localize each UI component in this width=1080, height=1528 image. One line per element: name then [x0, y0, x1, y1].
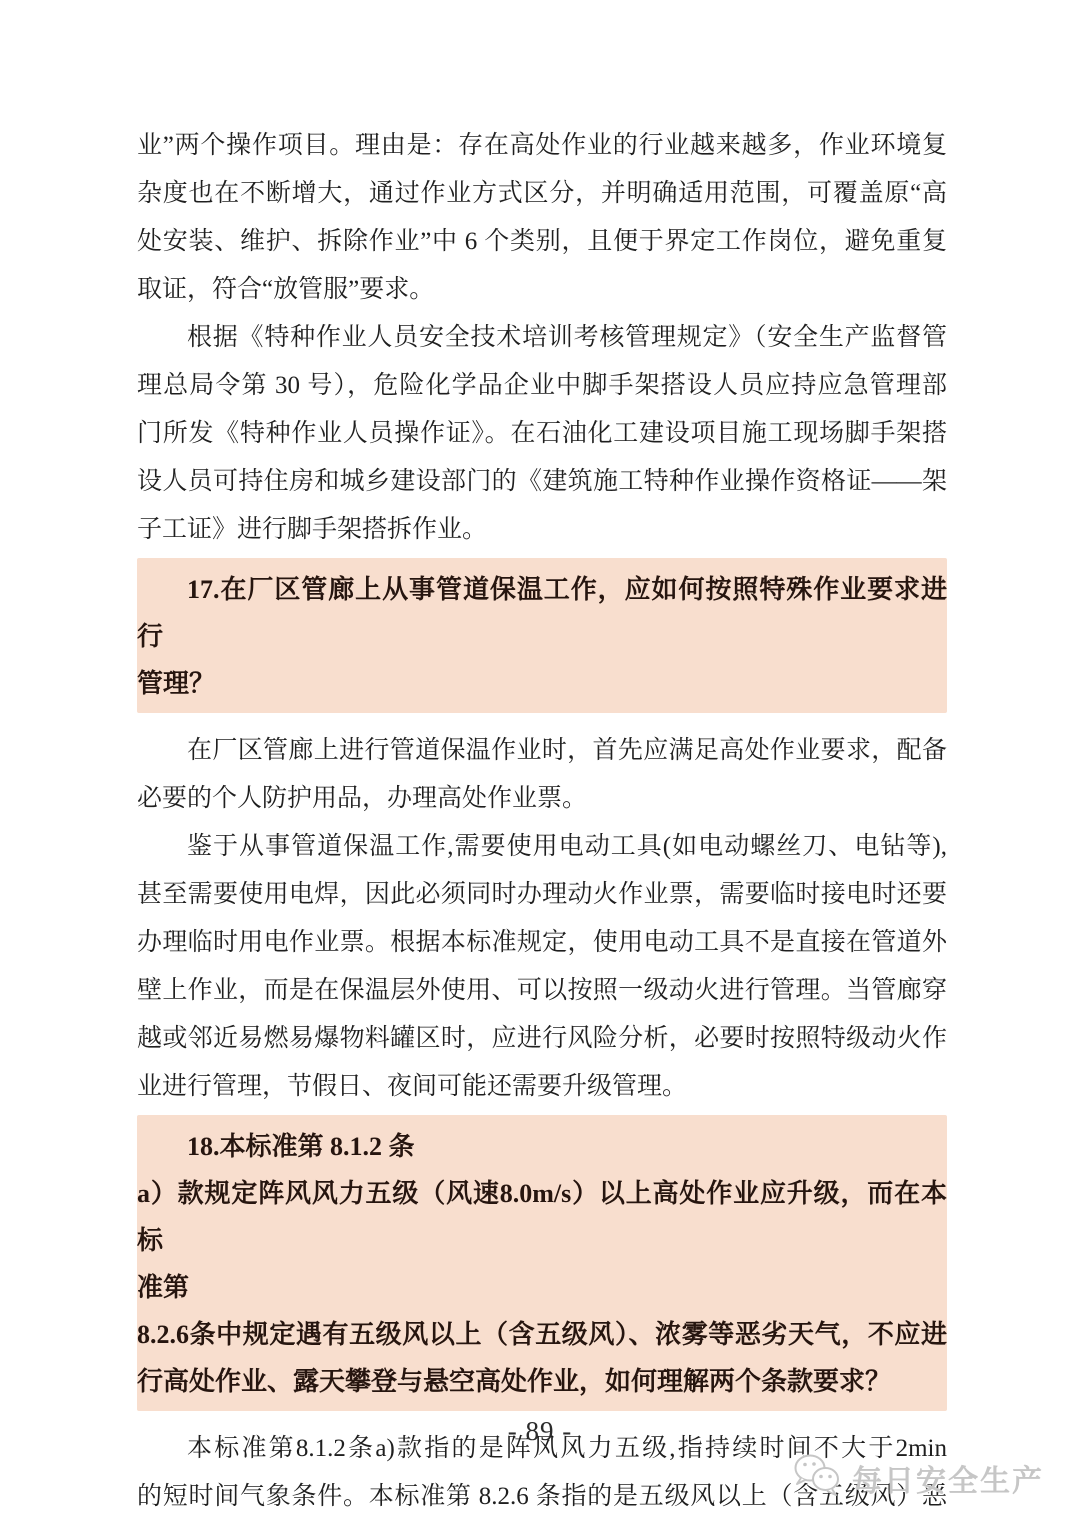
- text-line: 18.本标准第 8.1.2 条: [137, 1123, 947, 1170]
- text-line: 鉴于从事管道保温工作,需要使用电动工具(如电动螺丝刀、电钻等),: [137, 823, 947, 871]
- text-line: 根据《特种作业人员安全技术培训考核管理规定》（安全生产监督管: [137, 314, 947, 362]
- text-line: 业”两个操作项目。理由是：存在高处作业的行业越来越多，作业环境复: [137, 122, 947, 170]
- question-17-block: 17.在厂区管廊上从事管道保温工作，应如何按照特殊作业要求进行管理？: [137, 558, 947, 713]
- body-paragraph-certificates: 根据《特种作业人员安全技术培训考核管理规定》（安全生产监督管理总局令第 30 号…: [137, 314, 947, 554]
- text-line: 8.2.6条中规定遇有五级风以上（含五级风）、浓雾等恶劣天气，不应进: [137, 1311, 947, 1358]
- text-line: 在厂区管廊上进行管道保温作业时，首先应满足高处作业要求，配备: [137, 727, 947, 775]
- text-line: 17.在厂区管廊上从事管道保温工作，应如何按照特殊作业要求进行: [137, 566, 947, 660]
- wechat-icon: [792, 1452, 844, 1503]
- page-number: - 89 -: [0, 1416, 1080, 1447]
- text-line: a）款规定阵风风力五级（风速8.0m/s）以上高处作业应升级，而在本标: [137, 1170, 947, 1264]
- text-line: 越或邻近易燃易爆物料罐区时，应进行风险分析，必要时按照特级动火作: [137, 1015, 947, 1063]
- text-line: 理总局令第 30 号），危险化学品企业中脚手架搭设人员应持应急管理部: [137, 362, 947, 410]
- body-paragraph-continued: 业”两个操作项目。理由是：存在高处作业的行业越来越多，作业环境复杂度也在不断增大…: [137, 122, 947, 314]
- question-18-block: 18.本标准第 8.1.2 条a）款规定阵风风力五级（风速8.0m/s）以上高处…: [137, 1115, 947, 1411]
- document-body: 业”两个操作项目。理由是：存在高处作业的行业越来越多，作业环境复杂度也在不断增大…: [137, 122, 947, 1521]
- text-line: 杂度也在不断增大，通过作业方式区分，并明确适用范围，可覆盖原“高: [137, 170, 947, 218]
- text-line: 准第: [137, 1264, 947, 1311]
- text-line: 甚至需要使用电焊，因此必须同时办理动火作业票，需要临时接电时还要: [137, 871, 947, 919]
- text-line: 壁上作业，而是在保温层外使用、可以按照一级动火进行管理。当管廊穿: [137, 967, 947, 1015]
- text-line: 业进行管理，节假日、夜间可能还需要升级管理。: [137, 1063, 947, 1111]
- text-line: 管理？: [137, 660, 947, 707]
- text-line: 门所发《特种作业人员操作证》。在石油化工建设项目施工现场脚手架搭: [137, 410, 947, 458]
- answer-17-paragraph-2: 鉴于从事管道保温工作,需要使用电动工具(如电动螺丝刀、电钻等),甚至需要使用电焊…: [137, 823, 947, 1111]
- text-line: 子工证》进行脚手架搭拆作业。: [137, 506, 947, 554]
- watermark-label: 每日安全生产: [852, 1456, 1044, 1500]
- text-line: 取证，符合“放管服”要求。: [137, 266, 947, 314]
- answer-17-paragraph-1: 在厂区管廊上进行管道保温作业时，首先应满足高处作业要求，配备必要的个人防护用品，…: [137, 727, 947, 823]
- text-line: 行高处作业、露天攀登与悬空高处作业，如何理解两个条款要求？: [137, 1358, 947, 1405]
- text-line: 办理临时用电作业票。根据本标准规定，使用电动工具不是直接在管道外: [137, 919, 947, 967]
- text-line: 设人员可持住房和城乡建设部门的《建筑施工特种作业操作资格证——架: [137, 458, 947, 506]
- watermark: 每日安全生产: [792, 1452, 1044, 1503]
- text-line: 处安装、维护、拆除作业”中 6 个类别，且便于界定工作岗位，避免重复: [137, 218, 947, 266]
- document-page: 业”两个操作项目。理由是：存在高处作业的行业越来越多，作业环境复杂度也在不断增大…: [0, 0, 1080, 1528]
- text-line: 必要的个人防护用品，办理高处作业票。: [137, 775, 947, 823]
